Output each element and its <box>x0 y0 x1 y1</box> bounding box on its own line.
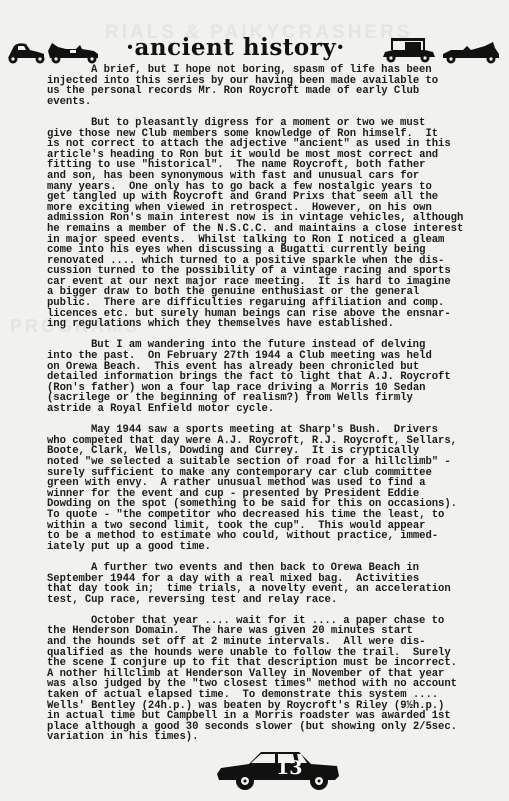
text-line: us the personal records Mr. Ron Roycroft… <box>47 86 487 97</box>
text-line: A brief, but I hope not boring, spasm of… <box>47 65 487 76</box>
paragraph: A brief, but I hope not boring, spasm of… <box>47 65 487 107</box>
vintage-car-icon <box>441 38 501 65</box>
text-line: noted "we selected a suitable section of… <box>47 457 487 468</box>
vintage-car-icon <box>381 36 437 64</box>
text-line: To quote - "the competitor who decreased… <box>47 510 487 521</box>
paragraph: But to pleasantly digress for a moment o… <box>47 118 487 330</box>
text-line: But to pleasantly digress for a moment o… <box>47 118 487 129</box>
vintage-car-icon <box>4 40 48 64</box>
text-line: variation in his times). <box>47 732 487 743</box>
text-line: and son, has been synonymous with fast a… <box>47 171 487 182</box>
text-line: events. <box>47 97 487 108</box>
paragraph: A further two events and then back to Or… <box>47 563 487 605</box>
text-line: ing regulations which they themselves ha… <box>47 319 487 330</box>
page-number: 13 <box>276 757 302 779</box>
page-title: ·ancient history· <box>126 34 345 61</box>
paragraph: October that year .... wait for it .... … <box>47 616 487 743</box>
paragraph: But I am wandering into the future inste… <box>47 340 487 414</box>
text-line: A further two events and then back to Or… <box>47 563 487 574</box>
text-line: astride a Royal Enfield motor cycle. <box>47 404 487 415</box>
text-line: test, Cup race, reversing test and relay… <box>47 595 487 606</box>
text-line: he remains a member of the N.S.C.C. and … <box>47 224 487 235</box>
text-line: iately put up a good time. <box>47 542 487 553</box>
article-body: A brief, but I hope not boring, spasm of… <box>47 65 487 754</box>
document-page: RIALS & PAIKYCRASHERS PROGRAMS ·ancient … <box>0 0 509 801</box>
paragraph: May 1944 saw a sports meeting at Sharp's… <box>47 425 487 552</box>
vintage-car-icon <box>46 39 102 64</box>
